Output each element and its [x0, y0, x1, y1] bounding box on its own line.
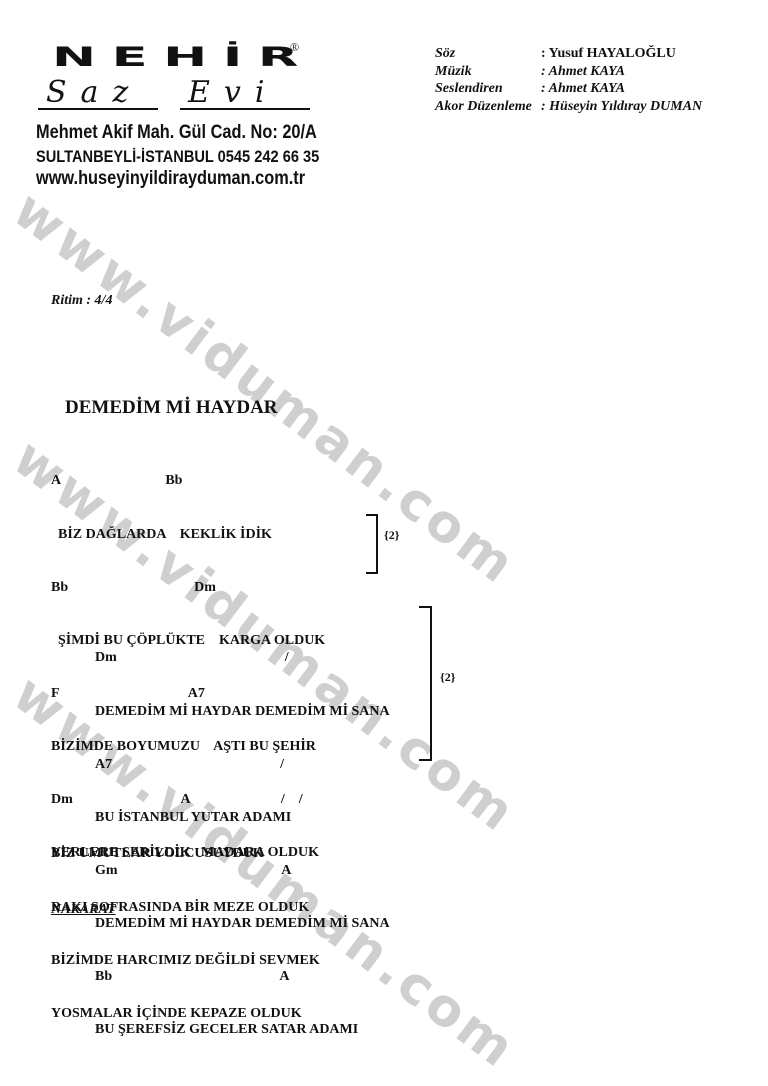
- credits-block: Söz : Yusuf HAYALOĞLU Müzik : Ahmet KAYA…: [435, 45, 702, 115]
- song-title: DEMEDİM Mİ HAYDAR: [65, 397, 278, 419]
- repeat-bracket: [419, 606, 432, 761]
- repeat-count: {2}: [440, 670, 455, 685]
- verse-2: BİZ UMUTLAR YOLCUSUYDUK RAKI SOFRASINDA …: [51, 810, 320, 1040]
- credit-label: Müzik: [435, 63, 541, 81]
- city-phone-line: SULTANBEYLİ-İSTANBUL 0545 242 66 35: [36, 147, 319, 167]
- credit-row-music: Müzik : Ahmet KAYA: [435, 63, 702, 81]
- refrain-marker: NAKARAT: [51, 902, 116, 918]
- chord-line: A Bb: [51, 472, 325, 490]
- subbrand-word: Saz: [46, 78, 142, 108]
- rhythm-label: Ritim : 4/4: [51, 293, 112, 309]
- underline: [180, 108, 310, 110]
- credit-value: : Hüseyin Yıldıray DUMAN: [541, 98, 702, 116]
- address-line: Mehmet Akif Mah. Gül Cad. No: 20/A: [36, 122, 317, 144]
- chord-line: A7 /: [95, 756, 390, 774]
- repeat-bracket: [366, 514, 378, 574]
- credit-label: Seslendiren: [435, 80, 541, 98]
- subbrand-logo: Saz Evi: [38, 78, 310, 114]
- subbrand-word: Evi: [188, 78, 278, 108]
- registered-mark: ®: [290, 40, 299, 55]
- website-link[interactable]: www.huseyinyildirayduman.com.tr: [36, 168, 305, 190]
- lyric-line: YOSMALAR İÇİNDE KEPAZE OLDUK: [51, 1005, 320, 1023]
- credit-row-arrangement: Akor Düzenleme : Hüseyin Yıldıray DUMAN: [435, 98, 702, 116]
- credit-label: Söz: [435, 45, 541, 63]
- credit-value: : Ahmet KAYA: [541, 63, 625, 81]
- lyric-line: DEMEDİM Mİ HAYDAR DEMEDİM Mİ SANA: [95, 703, 390, 721]
- credit-label: Akor Düzenleme: [435, 98, 541, 116]
- chord-line: Dm /: [95, 649, 390, 667]
- lyric-line: BİZİMDE HARCIMIZ DEĞİLDİ SEVMEK: [51, 952, 320, 970]
- chord-line: Bb Dm: [51, 579, 325, 597]
- lyric-line: BİZ UMUTLAR YOLCUSUYDUK: [51, 845, 320, 863]
- brand-logo: NEHİR: [52, 44, 314, 71]
- lyric-line: BİZ DAĞLARDA KEKLİK İDİK: [51, 526, 325, 544]
- underline: [38, 108, 158, 110]
- credit-row-performer: Seslendiren : Ahmet KAYA: [435, 80, 702, 98]
- credit-value: : Yusuf HAYALOĞLU: [541, 45, 676, 63]
- repeat-count: {2}: [384, 528, 399, 543]
- credit-value: : Ahmet KAYA: [541, 80, 625, 98]
- credit-row-lyrics: Söz : Yusuf HAYALOĞLU: [435, 45, 702, 63]
